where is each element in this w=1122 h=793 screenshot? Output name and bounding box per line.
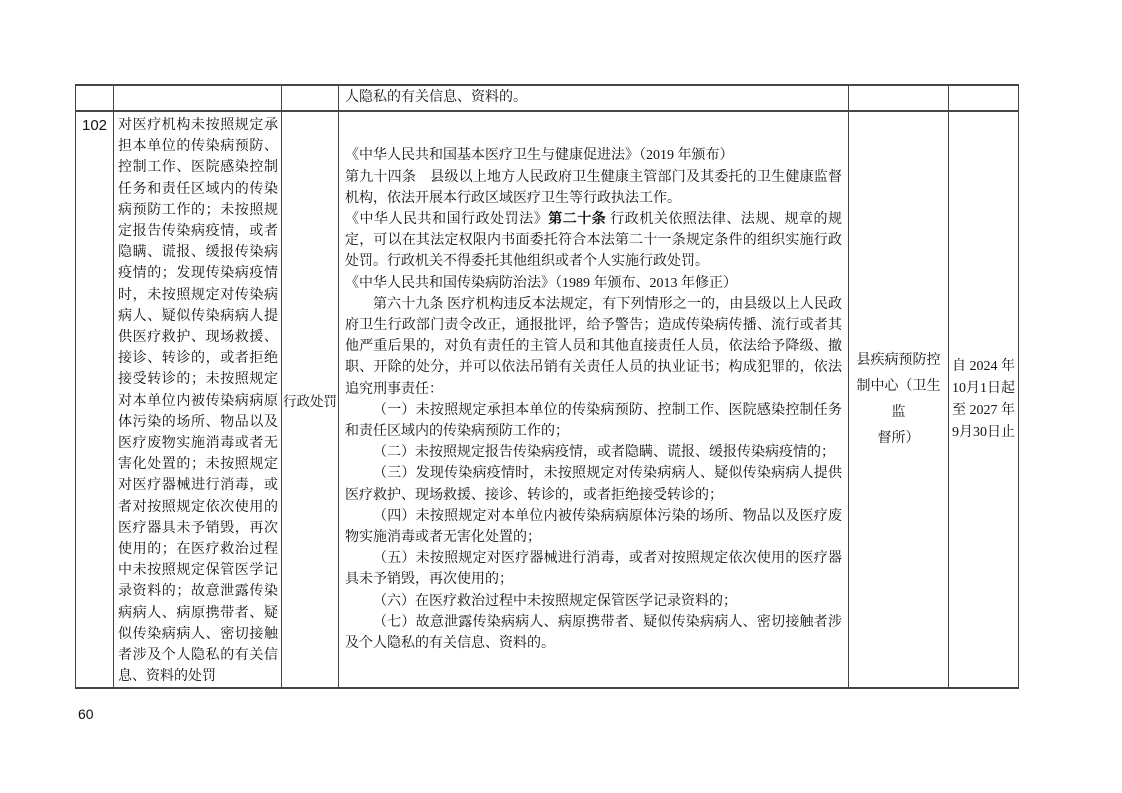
law-text: 《中华人民共和国传染病防治法》（1989 年颁布、2013 年修正） <box>345 276 737 291</box>
law-text: 《中华人民共和国基本医疗卫生与健康促进法》（2019 年颁布） <box>345 148 734 163</box>
partial-row-penalty-cell <box>282 85 339 111</box>
law-text: （一）未按照规定承担本单位的传染病预防、控制工作、医院感染控制任务和责任区域内的… <box>345 403 842 439</box>
implementing-agency: 县疾病预防控 制中心（卫生监 督所） <box>849 111 949 688</box>
law-text: （二）未按照规定报告传染病疫情，或者隐瞒、谎报、缓报传染病疫情的； <box>373 445 835 460</box>
table-row-102: 102 对医疗机构未按照规定承担本单位的传染病预防、控制工作、医院感染控制任务和… <box>76 111 1019 688</box>
partial-row-legal-text: 人隐私的有关信息、资料的。 <box>339 85 849 111</box>
law-paragraph: 《中华人民共和国基本医疗卫生与健康促进法》（2019 年颁布） <box>345 145 842 166</box>
law-article-ref-bold: 第二十条 <box>548 212 606 227</box>
law-paragraph: 第六十九条 医疗机构违反本法规定，有下列情形之一的，由县级以上人民政府卫生行政部… <box>345 294 842 400</box>
page-number: 60 <box>78 706 94 722</box>
regulation-table: 人隐私的有关信息、资料的。 102 对医疗机构未按照规定承担本单位的传染病预防、… <box>75 84 1019 689</box>
law-text: （四）未按照规定对本单位内被传染病病原体污染的场所、物品以及医疗废物实施消毒或者… <box>345 509 842 545</box>
partial-row-id-cell <box>76 85 114 111</box>
law-paragraph: 第九十四条 县级以上地方人民政府卫生健康主管部门及其委托的卫生健康监督机构，依法… <box>345 167 842 209</box>
legal-basis-paragraphs: 《中华人民共和国基本医疗卫生与健康促进法》（2019 年颁布）第九十四条 县级以… <box>345 145 842 654</box>
law-paragraph: （五）未按照规定对医疗器械进行消毒，或者对按照规定依次使用的医疗器具未予销毁，再… <box>345 548 842 590</box>
implementation-period: 自 2024 年 10月1日起 至 2027 年 9月30日止 <box>949 111 1019 688</box>
legal-basis-cell: 《中华人民共和国基本医疗卫生与健康促进法》（2019 年颁布）第九十四条 县级以… <box>339 111 849 688</box>
law-paragraph: （四）未按照规定对本单位内被传染病病原体污染的场所、物品以及医疗废物实施消毒或者… <box>345 506 842 548</box>
document-page: 人隐私的有关信息、资料的。 102 对医疗机构未按照规定承担本单位的传染病预防、… <box>0 0 1122 793</box>
law-text: （七）故意泄露传染病病人、病原携带者、疑似传染病病人、密切接触者涉及个人隐私的有… <box>345 615 842 651</box>
law-text: 《中华人民共和国行政处罚法》 <box>345 212 548 227</box>
partial-row-period-cell <box>949 85 1019 111</box>
law-text: 第六十九条 医疗机构违反本法规定，有下列情形之一的，由县级以上人民政府卫生行政部… <box>345 297 842 397</box>
law-paragraph: 《中华人民共和国行政处罚法》第二十条 行政机关依照法律、法规、规章的规定，可以在… <box>345 209 842 273</box>
item-description: 对医疗机构未按照规定承担本单位的传染病预防、控制工作、医院感染控制任务和责任区域… <box>114 111 282 688</box>
partial-row-item-cell <box>114 85 282 111</box>
law-paragraph: （一）未按照规定承担本单位的传染病预防、控制工作、医院感染控制任务和责任区域内的… <box>345 400 842 442</box>
law-paragraph: （二）未按照规定报告传染病疫情，或者隐瞒、谎报、缓报传染病疫情的； <box>345 442 842 463</box>
law-paragraph: （七）故意泄露传染病病人、病原携带者、疑似传染病病人、密切接触者涉及个人隐私的有… <box>345 612 842 654</box>
table-row-partial: 人隐私的有关信息、资料的。 <box>76 85 1019 111</box>
law-text: （五）未按照规定对医疗器械进行消毒，或者对按照规定依次使用的医疗器具未予销毁，再… <box>345 551 842 587</box>
row-id: 102 <box>76 111 114 688</box>
law-paragraph: （三）发现传染病疫情时，未按照规定对传染病病人、疑似传染病病人提供医疗救护、现场… <box>345 463 842 505</box>
partial-row-agency-cell <box>849 85 949 111</box>
law-text: 第九十四条 县级以上地方人民政府卫生健康主管部门及其委托的卫生健康监督机构，依法… <box>345 170 842 206</box>
law-paragraph: 《中华人民共和国传染病防治法》（1989 年颁布、2013 年修正） <box>345 273 842 294</box>
law-text: （六）在医疗救治过程中未按照规定保管医学记录资料的； <box>373 594 737 609</box>
law-paragraph: （六）在医疗救治过程中未按照规定保管医学记录资料的； <box>345 591 842 612</box>
law-text: （三）发现传染病疫情时，未按照规定对传染病病人、疑似传染病病人提供医疗救护、现场… <box>345 466 842 502</box>
penalty-type: 行政处罚 <box>282 111 339 688</box>
